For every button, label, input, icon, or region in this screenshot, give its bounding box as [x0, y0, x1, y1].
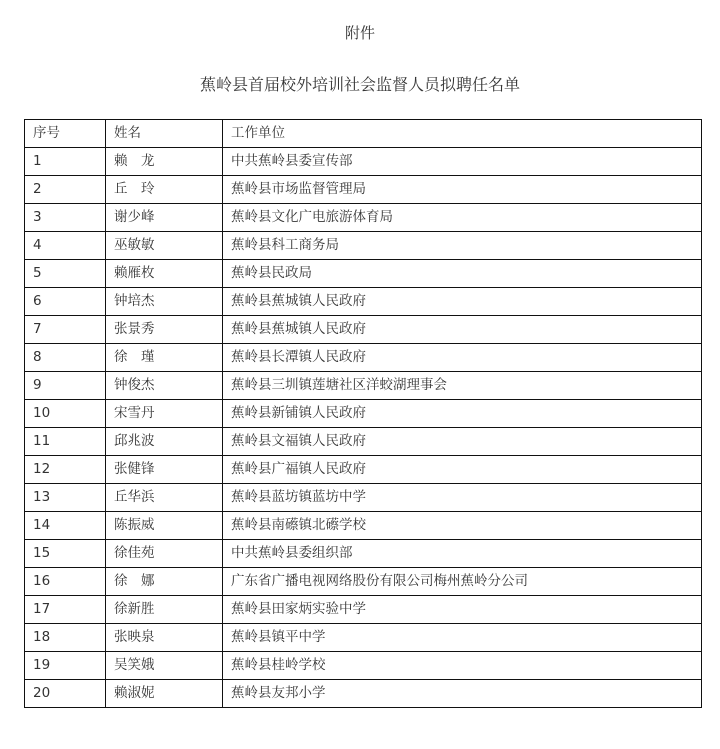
work-unit-cell: 蕉岭县桂岭学校	[223, 652, 702, 680]
header-work-unit: 工作单位	[223, 120, 702, 148]
work-unit-cell: 蕉岭县蕉城镇人民政府	[223, 316, 702, 344]
table-row: 12张健锋蕉岭县广福镇人民政府	[25, 456, 702, 484]
name-cell: 徐佳苑	[106, 540, 223, 568]
table-row: 11邱兆波蕉岭县文福镇人民政府	[25, 428, 702, 456]
work-unit-cell: 蕉岭县田家炳实验中学	[223, 596, 702, 624]
work-unit-cell: 蕉岭县文福镇人民政府	[223, 428, 702, 456]
name-cell: 吴笑娥	[106, 652, 223, 680]
serial-number-cell: 18	[25, 624, 106, 652]
serial-number-cell: 10	[25, 400, 106, 428]
name-cell: 钟培杰	[106, 288, 223, 316]
name-cell: 钟俊杰	[106, 372, 223, 400]
work-unit-cell: 蕉岭县蓝坊镇蓝坊中学	[223, 484, 702, 512]
work-unit-cell: 蕉岭县友邦小学	[223, 680, 702, 708]
table-row: 10宋雪丹蕉岭县新铺镇人民政府	[25, 400, 702, 428]
serial-number-cell: 20	[25, 680, 106, 708]
serial-number-cell: 2	[25, 176, 106, 204]
serial-number-cell: 15	[25, 540, 106, 568]
table-row: 2丘 玲蕉岭县市场监督管理局	[25, 176, 702, 204]
table-row: 15徐佳苑中共蕉岭县委组织部	[25, 540, 702, 568]
name-cell: 丘 玲	[106, 176, 223, 204]
work-unit-cell: 中共蕉岭县委宣传部	[223, 148, 702, 176]
table-row: 1赖 龙中共蕉岭县委宣传部	[25, 148, 702, 176]
name-cell: 张映泉	[106, 624, 223, 652]
serial-number-cell: 8	[25, 344, 106, 372]
work-unit-cell: 蕉岭县三圳镇莲塘社区洋蛟湖理事会	[223, 372, 702, 400]
name-cell: 陈振威	[106, 512, 223, 540]
table-row: 6钟培杰蕉岭县蕉城镇人民政府	[25, 288, 702, 316]
table-row: 17徐新胜蕉岭县田家炳实验中学	[25, 596, 702, 624]
attachment-label: 附件	[0, 22, 720, 43]
table-row: 13丘华浜蕉岭县蓝坊镇蓝坊中学	[25, 484, 702, 512]
work-unit-cell: 广东省广播电视网络股份有限公司梅州蕉岭分公司	[223, 568, 702, 596]
table-row: 18张映泉蕉岭县镇平中学	[25, 624, 702, 652]
serial-number-cell: 11	[25, 428, 106, 456]
appointment-list-table: 序号 姓名 工作单位 1赖 龙中共蕉岭县委宣传部2丘 玲蕉岭县市场监督管理局3谢…	[24, 119, 702, 708]
work-unit-cell: 蕉岭县镇平中学	[223, 624, 702, 652]
name-cell: 宋雪丹	[106, 400, 223, 428]
table-row: 7张景秀蕉岭县蕉城镇人民政府	[25, 316, 702, 344]
document-title: 蕉岭县首届校外培训社会监督人员拟聘任名单	[0, 72, 720, 95]
serial-number-cell: 1	[25, 148, 106, 176]
name-cell: 巫敏敏	[106, 232, 223, 260]
serial-number-cell: 7	[25, 316, 106, 344]
table-row: 4巫敏敏蕉岭县科工商务局	[25, 232, 702, 260]
work-unit-cell: 蕉岭县市场监督管理局	[223, 176, 702, 204]
table-row: 8徐 瑾蕉岭县长潭镇人民政府	[25, 344, 702, 372]
serial-number-cell: 17	[25, 596, 106, 624]
name-cell: 邱兆波	[106, 428, 223, 456]
table-row: 9钟俊杰蕉岭县三圳镇莲塘社区洋蛟湖理事会	[25, 372, 702, 400]
name-cell: 张景秀	[106, 316, 223, 344]
work-unit-cell: 蕉岭县广福镇人民政府	[223, 456, 702, 484]
serial-number-cell: 9	[25, 372, 106, 400]
serial-number-cell: 4	[25, 232, 106, 260]
work-unit-cell: 中共蕉岭县委组织部	[223, 540, 702, 568]
table-row: 19吴笑娥蕉岭县桂岭学校	[25, 652, 702, 680]
work-unit-cell: 蕉岭县长潭镇人民政府	[223, 344, 702, 372]
work-unit-cell: 蕉岭县南礤镇北礤学校	[223, 512, 702, 540]
serial-number-cell: 6	[25, 288, 106, 316]
serial-number-cell: 16	[25, 568, 106, 596]
header-serial-number: 序号	[25, 120, 106, 148]
serial-number-cell: 19	[25, 652, 106, 680]
name-cell: 徐新胜	[106, 596, 223, 624]
work-unit-cell: 蕉岭县蕉城镇人民政府	[223, 288, 702, 316]
serial-number-cell: 13	[25, 484, 106, 512]
work-unit-cell: 蕉岭县新铺镇人民政府	[223, 400, 702, 428]
work-unit-cell: 蕉岭县文化广电旅游体育局	[223, 204, 702, 232]
header-name: 姓名	[106, 120, 223, 148]
serial-number-cell: 12	[25, 456, 106, 484]
table-row: 3谢少峰蕉岭县文化广电旅游体育局	[25, 204, 702, 232]
table-row: 5赖雁枚蕉岭县民政局	[25, 260, 702, 288]
serial-number-cell: 5	[25, 260, 106, 288]
name-cell: 赖雁枚	[106, 260, 223, 288]
name-cell: 赖 龙	[106, 148, 223, 176]
serial-number-cell: 3	[25, 204, 106, 232]
name-cell: 徐 瑾	[106, 344, 223, 372]
name-cell: 谢少峰	[106, 204, 223, 232]
table-row: 16徐 娜广东省广播电视网络股份有限公司梅州蕉岭分公司	[25, 568, 702, 596]
work-unit-cell: 蕉岭县民政局	[223, 260, 702, 288]
name-cell: 徐 娜	[106, 568, 223, 596]
name-cell: 丘华浜	[106, 484, 223, 512]
table-row: 14陈振威蕉岭县南礤镇北礤学校	[25, 512, 702, 540]
name-cell: 张健锋	[106, 456, 223, 484]
serial-number-cell: 14	[25, 512, 106, 540]
table-header-row: 序号 姓名 工作单位	[25, 120, 702, 148]
table-row: 20赖淑妮蕉岭县友邦小学	[25, 680, 702, 708]
name-cell: 赖淑妮	[106, 680, 223, 708]
work-unit-cell: 蕉岭县科工商务局	[223, 232, 702, 260]
